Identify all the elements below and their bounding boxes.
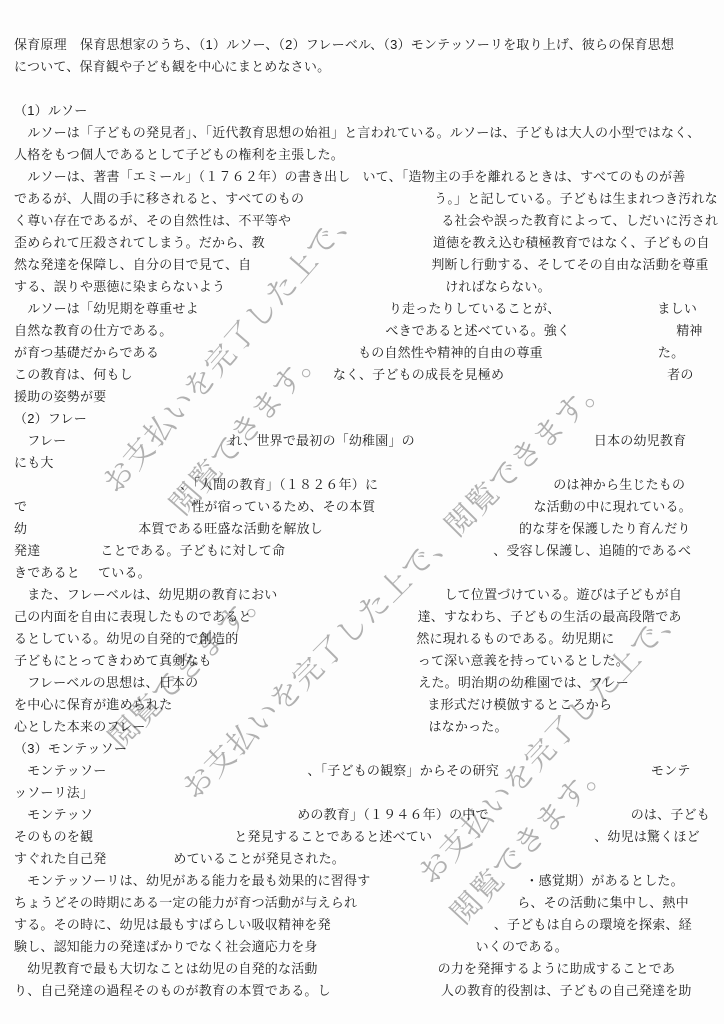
text-fragment: いくのである。	[476, 936, 568, 958]
text-fragment: ましい	[657, 298, 697, 320]
text-line: 自然な教育の仕方である。べきであると述べている。強く精神	[14, 320, 720, 342]
text-line: 験し、認知能力の発達ばかりでなく社会適応力を身いくのである。	[14, 936, 720, 958]
redacted-gap	[106, 760, 307, 761]
text-line: く尊い存在であるが、その自然性は、不平等やる社会や誤った教育によって、しだいに汚…	[14, 210, 720, 232]
redacted-gap	[14, 474, 180, 475]
text-line: 人格をもつ個人であるとして子どもの権利を主張した。	[14, 144, 720, 166]
text-fragment: なく、子どもの成長を見極め	[333, 364, 504, 386]
text-fragment: 幼	[14, 518, 27, 540]
text-fragment: 然に現れるものである。幼児期に	[416, 628, 614, 650]
text-line: ッソーリ法」	[14, 782, 720, 804]
redacted-gap	[304, 188, 434, 189]
redacted-gap	[415, 430, 594, 431]
text-fragment: 本質である旺盛な活動を解放し	[138, 518, 323, 540]
text-fragment: いて、「造物主の手を離れるときは、すべてのものが善	[362, 166, 685, 188]
redacted-gap	[199, 298, 389, 299]
text-fragment: な活動の中に現れている。	[533, 496, 691, 518]
text-line: きであるとている。	[14, 562, 720, 584]
text-line: そのものを観と発見することであると述べてい、幼児は驚くほど	[14, 826, 720, 848]
text-line: すぐれた自己発めていることが発見された。	[14, 848, 720, 870]
text-fragment: もの自然性や精神的自由の尊重	[358, 342, 543, 364]
redacted-gap	[251, 254, 431, 255]
text-line: るとしている。幼児の自発的で創造的然に現れるものである。幼児期に	[14, 628, 720, 650]
text-line: り、自己発達の過程そのものが教育の本質である。し人の教育的役割は、子どもの自己発…	[14, 980, 720, 1002]
text-line: を中心に保育が進められたま形式だけ模倣するところから	[14, 694, 720, 716]
text-fragment: 的な芽を保護したり育んだり	[519, 518, 691, 540]
text-line: （2）フレー	[14, 408, 720, 430]
text-fragment: ちょうどその時期にある一定の能力が育つ活動が与えられ	[14, 892, 357, 914]
redacted-gap	[265, 232, 433, 233]
text-line: モンテッソめの教育」（１９４６年）の中でのは、子ども	[14, 804, 720, 826]
text-fragment: モンテ	[651, 760, 691, 782]
text-fragment: 子どもにとってきわめて真剣なも	[14, 650, 212, 672]
text-line: ルソーは「幼児期を尊重せより走ったりしていることが、ましい	[14, 298, 720, 320]
text-fragment: 、「人間の教育」（１８２６年）に	[180, 474, 378, 496]
text-line: また、フレーベルは、幼児期の教育においして位置づけている。遊びは子どもが自	[14, 584, 720, 606]
text-fragment: すぐれた自己発	[14, 848, 106, 870]
text-fragment: のは、子ども	[631, 804, 710, 826]
redacted-gap	[331, 980, 441, 981]
text-fragment: のは神から生じたもの	[553, 474, 685, 496]
redacted-gap	[375, 496, 533, 497]
text-line: 子どもにとってきわめて真剣なもって深い意義を持っているとした。	[14, 650, 720, 672]
text-fragment: ルソーは「幼児期を尊重せよ	[14, 298, 199, 320]
text-fragment: きであると	[14, 562, 80, 584]
text-fragment: る社会や誤った教育によって、しだいに汚され	[441, 210, 718, 232]
redacted-gap	[504, 364, 667, 365]
redacted-gap	[543, 342, 658, 343]
text-line: 幼児教育で最も大切なことは幼児の自発的な活動の力を発揮するように助成することであ	[14, 958, 720, 980]
text-line: フレーベルの思想は、日本のえた。明治期の幼稚園では、フレー	[14, 672, 720, 694]
redacted-gap	[323, 518, 519, 519]
redacted-gap	[285, 540, 493, 541]
text-fragment: して位置づけている。遊びは子どもが自	[444, 584, 682, 606]
text-line: ルソーは、著書「エミール」（１７６２年）の書き出しいて、「造物主の手を離れるとき…	[14, 166, 720, 188]
text-fragment: 人の教育的役割は、子どもの自己発達を助	[441, 980, 692, 1002]
text-fragment: 判断し行動する、そしてその自由な活動を尊重	[431, 254, 708, 276]
text-fragment: 発達	[14, 540, 40, 562]
redacted-gap	[27, 496, 191, 497]
text-fragment: フレーベルの思想は、日本の	[14, 672, 198, 694]
text-line: （3）モンテッソー	[14, 738, 720, 760]
text-fragment: く尊い存在であるが、その自然性は、不平等や	[14, 210, 291, 232]
text-fragment: この教育は、何もし	[14, 364, 133, 386]
redacted-gap	[238, 628, 416, 629]
redacted-gap	[499, 760, 651, 761]
redacted-gap	[357, 892, 517, 893]
text-fragment: 心とした本来のフレー	[14, 716, 145, 738]
text-line: で性が宿っているため、その本質な活動の中に現れている。	[14, 496, 720, 518]
text-line: 然な発達を保障し、自分の目で見て、自判断し行動する、そしてその自由な活動を尊重	[14, 254, 720, 276]
document-body: 保育原理 保育思想家のうち、（1）ルソー、（2）フレーベル、（3）モンテッソーリ…	[14, 34, 720, 1002]
text-line: フレーれ、世界で最初の「幼稚園」の日本の幼児教育	[14, 430, 720, 452]
text-fragment: ルソーは「子どもの発見者」、「近代教育思想の始祖」と言われている。ルソーは、子ど…	[14, 122, 700, 144]
redacted-gap	[350, 166, 362, 167]
redacted-gap	[560, 298, 657, 299]
redacted-gap	[318, 958, 438, 959]
redacted-gap	[212, 650, 418, 651]
text-fragment: モンテッソ	[14, 804, 93, 826]
redacted-gap	[331, 914, 494, 915]
text-line: 歪められて圧殺されてしまう。だから、教道徳を教え込む積極教育ではなく、子どもの自	[14, 232, 720, 254]
text-fragment: モンテッソーリは、幼児がある能力を最も効果的に習得す	[14, 870, 370, 892]
redacted-gap	[318, 936, 476, 937]
text-fragment: フレー	[14, 430, 66, 452]
redacted-gap	[40, 540, 100, 541]
redacted-gap	[252, 606, 418, 607]
text-line: にも大	[14, 452, 720, 474]
redacted-gap	[291, 210, 441, 211]
text-fragment: ルソーは、著書「エミール」（１７６２年）の書き出し	[14, 166, 350, 188]
redacted-gap	[93, 826, 234, 827]
text-fragment: する。その時に、幼児は最もすばらしい吸収精神を発	[14, 914, 331, 936]
text-line: する。その時に、幼児は最もすばらしい吸収精神を発、子どもは自らの環境を探索、経	[14, 914, 720, 936]
redacted-gap	[432, 826, 594, 827]
text-fragment: モンテッソー	[14, 760, 106, 782]
text-line: する、誤りや悪徳に染まらないようければならない。	[14, 276, 720, 298]
text-fragment: 幼児教育で最も大切なことは幼児の自発的な活動	[14, 958, 318, 980]
text-line: モンテッソーリは、幼児がある能力を最も効果的に習得す・感覚期）があるとした。	[14, 870, 720, 892]
redacted-gap	[27, 518, 138, 519]
text-fragment: を中心に保育が進められた	[14, 694, 172, 716]
text-fragment: り走ったりしていることが、	[389, 298, 561, 320]
text-fragment: めの教育」（１９４６年）の中で	[297, 804, 489, 826]
text-fragment: えた。明治期の幼稚園では、フレー	[418, 672, 629, 694]
text-fragment: 精神	[676, 320, 702, 342]
text-fragment: 己の内面を自由に表現したものであると	[14, 606, 252, 628]
text-fragment: ている。	[98, 562, 151, 584]
redacted-gap	[370, 870, 525, 871]
text-fragment: が育つ基礎だからである	[14, 342, 159, 364]
text-fragment: ま形式だけ模倣するところから	[427, 694, 612, 716]
text-fragment: 自然な教育の仕方である。	[14, 320, 172, 342]
text-fragment: 人格をもつ個人であるとして子どもの権利を主張した。	[14, 144, 344, 166]
text-line: 己の内面を自由に表現したものであると達、すなわち、子どもの生活の最高段階であ	[14, 606, 720, 628]
text-line: 発達ことである。子どもに対して命、受容し保護し、追随的であるべ	[14, 540, 720, 562]
text-fragment: ・感覚期）があるとした。	[525, 870, 683, 892]
text-fragment: 日本の幼児教育	[594, 430, 686, 452]
text-fragment: た。	[658, 342, 684, 364]
text-fragment: 、幼児は驚くほど	[594, 826, 700, 848]
text-fragment: 性が宿っているため、その本質	[191, 496, 375, 518]
text-fragment: 保育原理 保育思想家のうち、（1）ルソー、（2）フレーベル、（3）モンテッソーリ…	[14, 34, 674, 56]
text-fragment: れ、世界で最初の「幼稚園」の	[229, 430, 415, 452]
text-fragment: 歪められて圧殺されてしまう。だから、教	[14, 232, 265, 254]
redacted-gap	[378, 474, 553, 475]
text-line: ちょうどその時期にある一定の能力が育つ活動が与えられら、その活動に集中し、熱中	[14, 892, 720, 914]
text-fragment: う。」と記している。子どもは生まれつき汚れな	[434, 188, 718, 210]
text-fragment: する、誤りや悪徳に染まらないよう	[14, 276, 225, 298]
text-fragment: ッソーリ法」	[14, 782, 93, 804]
text-fragment: について、保育観や子ども観を中心にまとめなさい。	[14, 56, 330, 78]
redacted-gap	[106, 848, 173, 849]
redacted-gap	[277, 584, 444, 585]
text-fragment: るとしている。幼児の自発的で創造的	[14, 628, 238, 650]
text-fragment: 道徳を教え込む積極教育ではなく、子どもの自	[433, 232, 710, 254]
text-fragment: 然な発達を保障し、自分の目で見て、自	[14, 254, 251, 276]
text-fragment: 、受容し保護し、追随的であるべ	[493, 540, 691, 562]
text-line: であるが、人間の手に移されると、すべてのものう。」と記している。子どもは生まれつ…	[14, 188, 720, 210]
text-fragment: （3）モンテッソー	[14, 738, 127, 760]
text-fragment: 者の	[667, 364, 693, 386]
text-fragment: って深い意義を持っているとした。	[418, 650, 629, 672]
redacted-gap	[93, 804, 297, 805]
redacted-gap	[172, 320, 385, 321]
text-fragment: また、フレーベルは、幼児期の教育におい	[14, 584, 277, 606]
text-fragment: 験し、認知能力の発達ばかりでなく社会適応力を身	[14, 936, 318, 958]
text-fragment: り、自己発達の過程そのものが教育の本質である。し	[14, 980, 331, 1002]
redacted-gap	[172, 694, 427, 695]
redacted-gap	[225, 276, 445, 277]
text-fragment: の力を発揮するように助成することであ	[438, 958, 676, 980]
text-fragment: そのものを観	[14, 826, 93, 848]
text-fragment: で	[14, 496, 27, 518]
text-line: 援助の姿勢が要	[14, 386, 720, 408]
text-line: ルソーは「子どもの発見者」、「近代教育思想の始祖」と言われている。ルソーは、子ど…	[14, 122, 720, 144]
redacted-gap	[66, 430, 229, 431]
text-fragment: ら、その活動に集中し、熱中	[517, 892, 689, 914]
redacted-gap	[133, 364, 333, 365]
text-fragment: ことである。子どもに対して命	[100, 540, 285, 562]
text-fragment: （2）フレー	[14, 408, 87, 430]
text-fragment: べきであると述べている。強く	[385, 320, 570, 342]
text-line: について、保育観や子ども観を中心にまとめなさい。	[14, 56, 720, 78]
text-line: （1）ルソー	[14, 100, 720, 122]
redacted-gap	[145, 716, 428, 717]
text-line: モンテッソー、「子どもの観察」からその研究モンテ	[14, 760, 720, 782]
text-line	[14, 78, 720, 100]
redacted-gap	[159, 342, 358, 343]
text-fragment: にも大	[14, 452, 54, 474]
text-fragment: （1）ルソー	[14, 100, 87, 122]
redacted-gap	[80, 562, 98, 563]
text-line: 心とした本来のフレーはなかった。	[14, 716, 720, 738]
redacted-gap	[570, 320, 676, 321]
text-fragment: ければならない。	[445, 276, 551, 298]
redacted-gap	[198, 672, 418, 673]
text-fragment: はなかった。	[428, 716, 507, 738]
document-page: お支払いを完了した上で、閲覧できます。閲覧できます。お支払いを完了した上で、閲覧…	[0, 0, 724, 1024]
text-line: 幼本質である旺盛な活動を解放し的な芽を保護したり育んだり	[14, 518, 720, 540]
text-fragment: と発見することであると述べてい	[234, 826, 432, 848]
text-fragment: であるが、人間の手に移されると、すべてのもの	[14, 188, 304, 210]
text-line: が育つ基礎だからであるもの自然性や精神的自由の尊重た。	[14, 342, 720, 364]
text-fragment: 、子どもは自らの環境を探索、経	[494, 914, 692, 936]
text-fragment: 達、すなわち、子どもの生活の最高段階であ	[418, 606, 682, 628]
text-line: この教育は、何もしなく、子どもの成長を見極め者の	[14, 364, 720, 386]
text-line: 、「人間の教育」（１８２６年）にのは神から生じたもの	[14, 474, 720, 496]
text-line: 保育原理 保育思想家のうち、（1）ルソー、（2）フレーベル、（3）モンテッソーリ…	[14, 34, 720, 56]
redacted-gap	[489, 804, 631, 805]
text-fragment: めていることが発見された。	[173, 848, 345, 870]
text-fragment: 、「子どもの観察」からその研究	[307, 760, 499, 782]
text-fragment: 援助の姿勢が要	[14, 386, 106, 408]
